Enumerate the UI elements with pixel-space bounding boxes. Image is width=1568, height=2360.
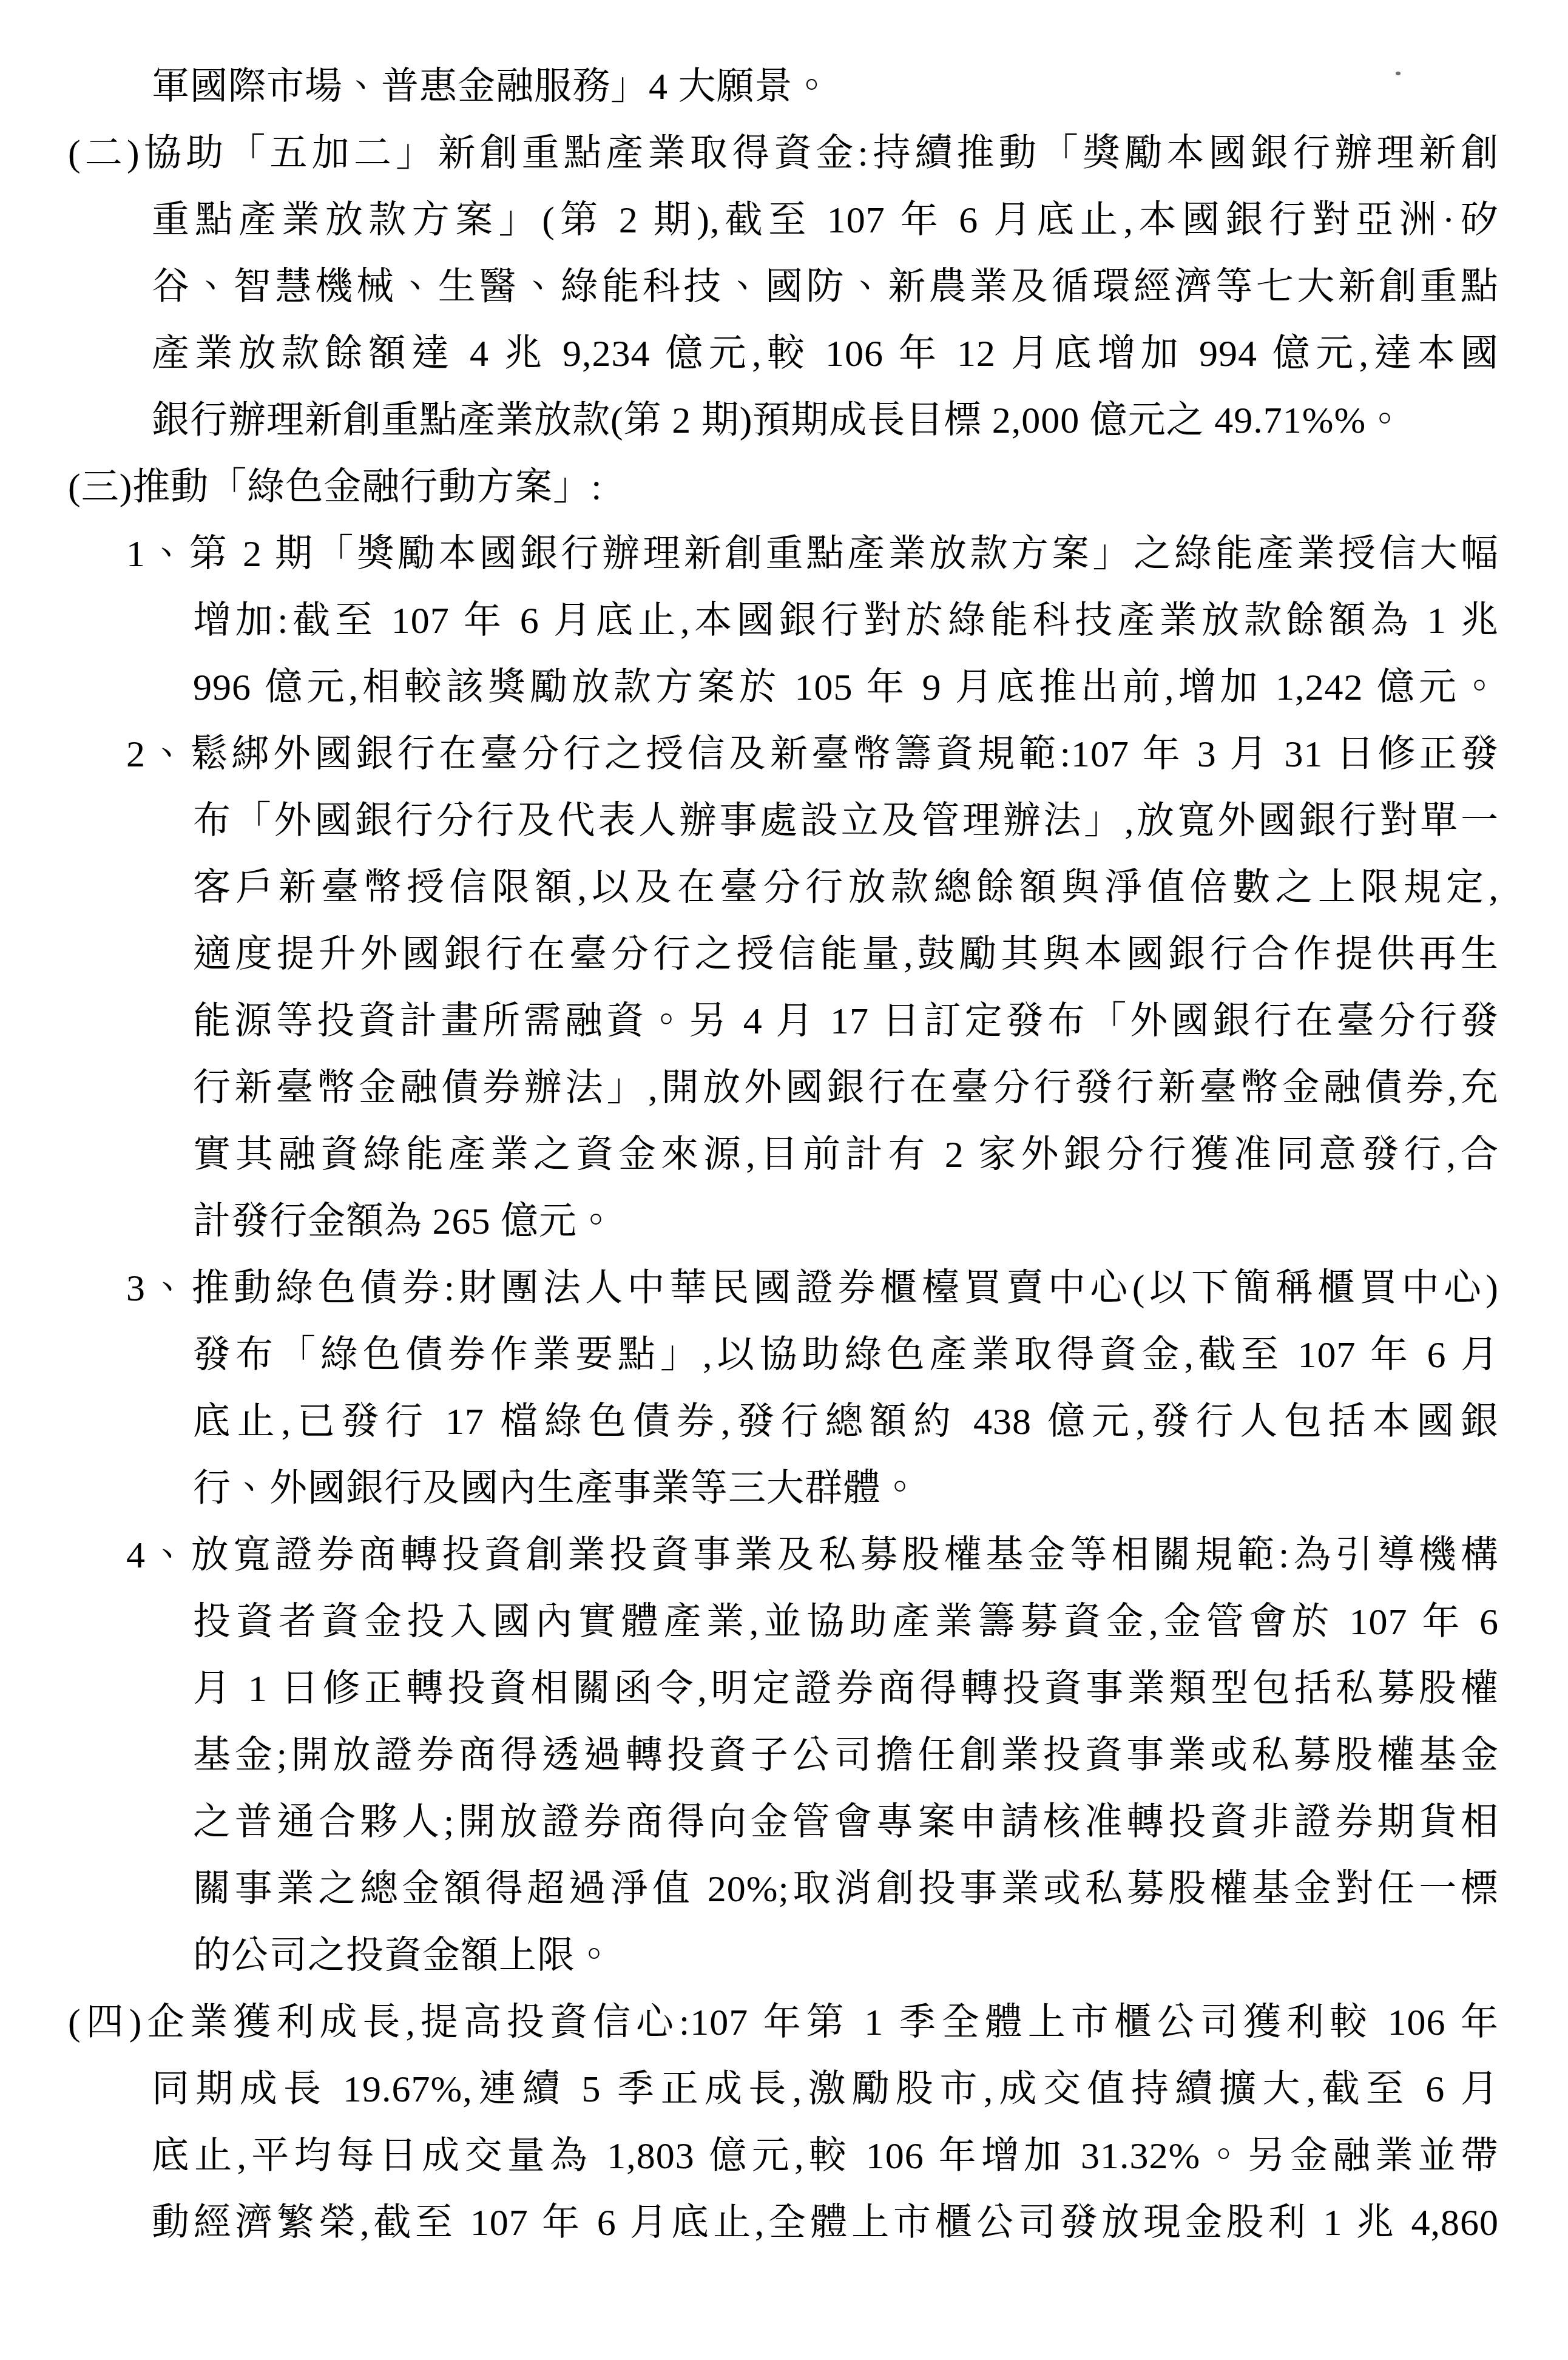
text-line: 1、第 2 期「獎勵本國銀行辦理新創重點產業放款方案」之綠能產業授信大幅 <box>68 521 1499 587</box>
text-line: 動經濟繁榮,截至 107 年 6 月底止,全體上市櫃公司發放現金股利 1 兆 4… <box>68 2189 1499 2256</box>
text-line: 4、放寬證券商轉投資創業投資事業及私募股權基金等相關規範:為引導機構 <box>68 1522 1499 1589</box>
text-line: 谷、智慧機械、生醫、綠能科技、國防、新農業及循環經濟等七大新創重點 <box>68 254 1499 320</box>
text-line: (四)企業獲利成長,提高投資信心:107 年第 1 季全體上市櫃公司獲利較 10… <box>68 1989 1499 2056</box>
text-line: 計發行金額為 265 億元。 <box>68 1188 1499 1255</box>
scanned-document-page: { "page": { "width_px": 2584, "height_px… <box>0 0 1568 2360</box>
text-line: 同期成長 19.67%,連續 5 季正成長,激勵股市,成交值持續擴大,截至 6 … <box>68 2056 1499 2123</box>
text-line: 行新臺幣金融債券辦法」,開放外國銀行在臺分行發行新臺幣金融債券,充 <box>68 1055 1499 1121</box>
text-line: 關事業之總金額得超過淨值 20%;取消創投事業或私募股權基金對任一標 <box>68 1856 1499 1922</box>
text-line: 996 億元,相較該獎勵放款方案於 105 年 9 月底推出前,增加 1,242… <box>68 654 1499 721</box>
text-line: 月 1 日修正轉投資相關函令,明定證券商得轉投資事業類型包括私募股權 <box>68 1655 1499 1722</box>
text-line: 底止,已發行 17 檔綠色債券,發行總額約 438 億元,發行人包括本國銀 <box>68 1388 1499 1455</box>
text-line: 重點產業放款方案」(第 2 期),截至 107 年 6 月底止,本國銀行對亞洲·… <box>68 187 1499 254</box>
text-line: 適度提升外國銀行在臺分行之授信能量,鼓勵其與本國銀行合作提供再生 <box>68 921 1499 988</box>
text-line: 銀行辦理新創重點產業放款(第 2 期)預期成長目標 2,000 億元之 49.7… <box>68 387 1499 454</box>
text-line: 產業放款餘額達 4 兆 9,234 億元,較 106 年 12 月底增加 994… <box>68 320 1499 387</box>
text-line: 發布「綠色債券作業要點」,以協助綠色產業取得資金,截至 107 年 6 月 <box>68 1322 1499 1388</box>
text-line: 增加:截至 107 年 6 月底止,本國銀行對於綠能科技產業放款餘額為 1 兆 <box>68 587 1499 654</box>
text-line: 2、鬆綁外國銀行在臺分行之授信及新臺幣籌資規範:107 年 3 月 31 日修正… <box>68 721 1499 788</box>
text-line: 行、外國銀行及國內生產事業等三大群體。 <box>68 1455 1499 1522</box>
text-line: (二)協助「五加二」新創重點產業取得資金:持續推動「獎勵本國銀行辦理新創 <box>68 120 1499 187</box>
document-text-block: 軍國際市場、普惠金融服務」4 大願景。(二)協助「五加二」新創重點產業取得資金:… <box>68 53 1499 2256</box>
text-line: 軍國際市場、普惠金融服務」4 大願景。 <box>68 53 1499 120</box>
text-line: 的公司之投資金額上限。 <box>68 1922 1499 1989</box>
text-line: 布「外國銀行分行及代表人辦事處設立及管理辦法」,放寬外國銀行對單一 <box>68 788 1499 854</box>
text-line: 客戶新臺幣授信限額,以及在臺分行放款總餘額與淨值倍數之上限規定, <box>68 854 1499 921</box>
text-line: 3、推動綠色債券:財團法人中華民國證券櫃檯買賣中心(以下簡稱櫃買中心) <box>68 1255 1499 1322</box>
text-line: (三)推動「綠色金融行動方案」: <box>68 454 1499 521</box>
text-line: 能源等投資計畫所需融資。另 4 月 17 日訂定發布「外國銀行在臺分行發 <box>68 988 1499 1055</box>
text-line: 基金;開放證券商得透過轉投資子公司擔任創業投資事業或私募股權基金 <box>68 1722 1499 1789</box>
text-line: 之普通合夥人;開放證券商得向金管會專案申請核准轉投資非證券期貨相 <box>68 1789 1499 1856</box>
text-line: 投資者資金投入國內實體產業,並協助產業籌募資金,金管會於 107 年 6 <box>68 1589 1499 1655</box>
text-line: 底止,平均每日成交量為 1,803 億元,較 106 年增加 31.32%。另金… <box>68 2123 1499 2189</box>
text-line: 實其融資綠能產業之資金來源,目前計有 2 家外銀分行獲准同意發行,合 <box>68 1121 1499 1188</box>
